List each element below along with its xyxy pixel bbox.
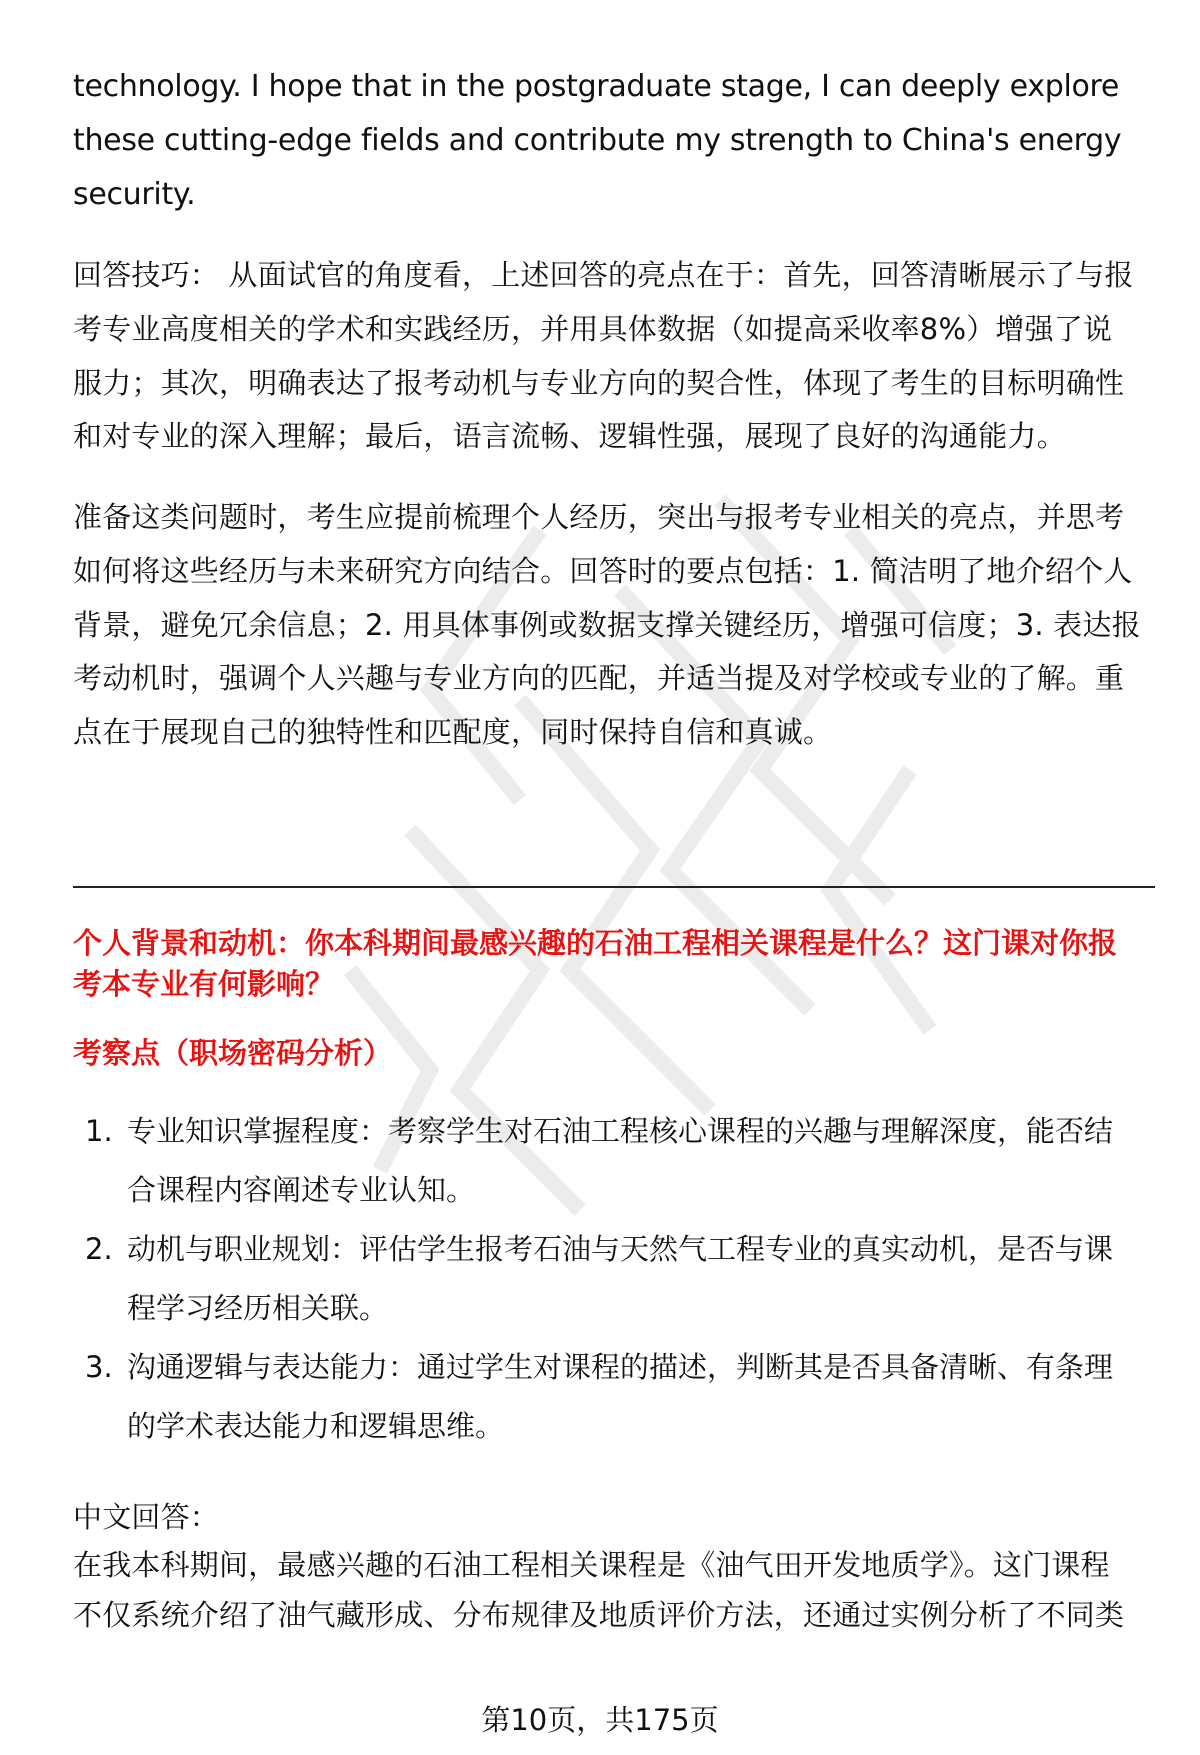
page-indicator: 第10页，共175页 (0, 1700, 1200, 1740)
prep-line: 点在于展现自己的独特性和匹配度，同时保持自信和真诚。 (73, 703, 1155, 762)
prep-line: 如何将这些经历与未来研究方向结合。回答时的要点包括：1. 简洁明了地介绍个人 (73, 542, 1155, 601)
prep-line: 背景，避免冗余信息；2. 用具体事例或数据支撑关键经历，增强可信度；3. 表达报 (73, 596, 1155, 655)
tips-line: 回答技巧： 从面试官的角度看，上述回答的亮点在于：首先，回答清晰展示了与报 (73, 246, 1155, 305)
answer-line: 不仅系统介绍了油气藏形成、分布规律及地质评价方法，还通过实例分析了不同类 (73, 1590, 1155, 1640)
analysis-points-list: 1. 专业知识掌握程度：考察学生对石油工程核心课程的兴趣与理解深度，能否结 合课… (73, 1102, 1155, 1456)
list-number: 1. (85, 1102, 113, 1161)
prep-line: 考动机时，强调个人兴趣与专业方向的匹配，并适当提及对学校或专业的了解。重 (73, 649, 1155, 708)
tips-line: 和对专业的深入理解；最后，语言流畅、逻辑性强，展现了良好的沟通能力。 (73, 407, 1155, 466)
analysis-point-line: 合课程内容阐述专业认知。 (127, 1161, 1155, 1220)
paragraph-en-line: technology. I hope that in the postgradu… (73, 57, 1155, 116)
question-line: 个人背景和动机：你本科期间最感兴趣的石油工程相关课程是什么？这门课对你报 (73, 922, 1155, 964)
answer-line: 在我本科期间，最感兴趣的石油工程相关课程是《油气田开发地质学》。这门课程 (73, 1540, 1155, 1590)
tips-line: 服力；其次，明确表达了报考动机与专业方向的契合性，体现了考生的目标明确性 (73, 354, 1155, 413)
paragraph-en-line: these cutting-edge fields and contribute… (73, 111, 1155, 170)
prep-line: 准备这类问题时，考生应提前梳理个人经历，突出与报考专业相关的亮点，并思考 (73, 488, 1155, 547)
tips-line: 考专业高度相关的学术和实践经历，并用具体数据（如提高采收率8%）增强了说 (73, 300, 1155, 359)
list-number: 2. (85, 1220, 113, 1279)
analysis-point: 3. 沟通逻辑与表达能力：通过学生对课程的描述，判断其是否具备清晰、有条理 的学… (73, 1338, 1155, 1456)
analysis-point-line: 动机与职业规划：评估学生报考石油与天然气工程专业的真实动机，是否与课 (127, 1220, 1155, 1279)
list-number: 3. (85, 1338, 113, 1397)
paragraph-en-line: security. (73, 165, 1155, 224)
analysis-heading: 考察点（职场密码分析） (73, 1032, 1155, 1074)
analysis-point-line: 程学习经历相关联。 (127, 1279, 1155, 1338)
analysis-point-line: 的学术表达能力和逻辑思维。 (127, 1397, 1155, 1456)
answer-label: 中文回答： (73, 1492, 1155, 1542)
question-line: 考本专业有何影响？ (73, 963, 1155, 1005)
analysis-point-line: 沟通逻辑与表达能力：通过学生对课程的描述，判断其是否具备清晰、有条理 (127, 1338, 1155, 1397)
analysis-point-line: 专业知识掌握程度：考察学生对石油工程核心课程的兴趣与理解深度，能否结 (127, 1102, 1155, 1161)
analysis-point: 2. 动机与职业规划：评估学生报考石油与天然气工程专业的真实动机，是否与课 程学… (73, 1220, 1155, 1338)
analysis-point: 1. 专业知识掌握程度：考察学生对石油工程核心课程的兴趣与理解深度，能否结 合课… (73, 1102, 1155, 1220)
section-divider (73, 886, 1155, 888)
